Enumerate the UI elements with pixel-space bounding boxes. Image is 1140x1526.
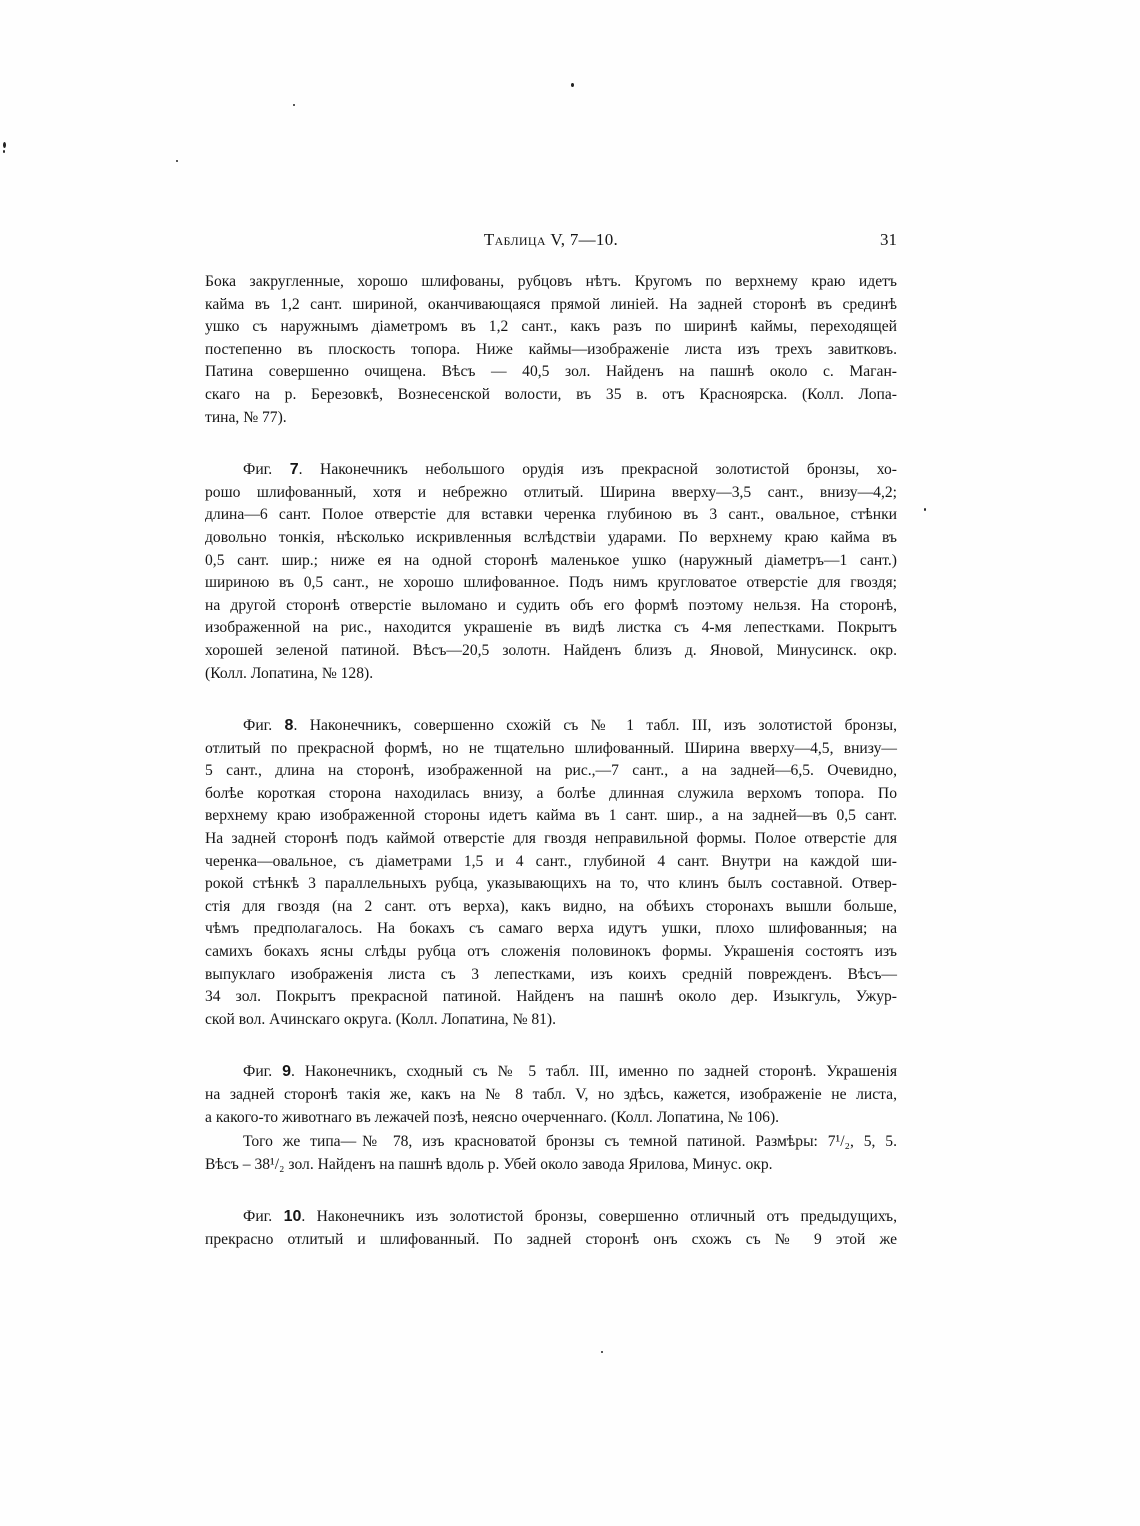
text-line: ушко съ наружнымъ діаметромъ въ 1,2 сант…	[205, 316, 897, 339]
scan-speck	[176, 160, 178, 162]
text-line: отлитый по прекрасной формѣ, но не тщате…	[205, 738, 897, 761]
scan-speck	[3, 150, 5, 153]
scan-speck	[293, 104, 295, 106]
body-text: Бока закругленные, хорошо шлифованы, руб…	[205, 271, 897, 1252]
fig-label: Фиг.	[243, 717, 285, 734]
text-line: длина—6 сант. Полое отверстіе для вставк…	[205, 504, 897, 527]
text-line: 5 сант., длина на сторонѣ, изображенной …	[205, 760, 897, 783]
paragraph-same-type: Того же типа—№ 78, изъ красноватой бронз…	[205, 1131, 897, 1176]
text-line: тина, № 77).	[205, 407, 897, 430]
text-line: на другой сторонѣ отверстіе выломано и с…	[205, 595, 897, 618]
text-line: изображенной на рис., находится украшені…	[205, 617, 897, 640]
text-line: ской вол. Ачинскаго округа. (Колл. Лопат…	[205, 1009, 897, 1032]
text-line: 34 зол. Покрытъ прекрасной патиной. Найд…	[205, 986, 897, 1009]
text-line: На задней сторонѣ подъ каймой отверстіе …	[205, 828, 897, 851]
text-line: Того же типа—№ 78, изъ красноватой бронз…	[205, 1131, 897, 1154]
fig-first-line: . Наконечникъ небольшого орудія изъ прек…	[299, 461, 897, 478]
scanned-page: Таблица V, 7—10. 31 Бока закругленные, х…	[0, 0, 1140, 1526]
text-line: Фиг. 8. Наконечникъ, совершенно схожій с…	[205, 715, 897, 738]
paragraph-fig-9: Фиг. 9. Наконечникъ, сходный съ № 5 табл…	[205, 1061, 897, 1129]
text-line: стія для гвоздя (на 2 сант. отъ верха), …	[205, 896, 897, 919]
paragraph-fig-10: Фиг. 10. Наконечникъ изъ золотистой брон…	[205, 1206, 897, 1251]
text-line: выпуклаго изображенія листа съ 3 лепестк…	[205, 964, 897, 987]
text-line: довольно тонкія, нѣсколько искривленныя …	[205, 527, 897, 550]
fig-number: 7	[290, 461, 299, 478]
text-line: а какого-то животнаго въ лежачей позѣ, н…	[205, 1107, 897, 1130]
text-line: 0,5 сант. шир.; ниже ея на одной сторонѣ…	[205, 550, 897, 573]
fig-label: Фиг.	[243, 1063, 282, 1080]
text-line: Вѣсъ – 38¹/₂ зол. Найденъ на пашнѣ вдоль…	[205, 1154, 897, 1177]
fig-label: Фиг.	[243, 461, 290, 478]
text-line: Фиг. 10. Наконечникъ изъ золотистой брон…	[205, 1206, 897, 1229]
fig-number: 10	[284, 1208, 302, 1225]
text-line: хорошей зеленой патиной. Вѣсъ—20,5 золот…	[205, 640, 897, 663]
text-line: постепенно въ плоскость топора. Ниже кай…	[205, 339, 897, 362]
text-line: Патина совершенно очищена. Вѣсъ — 40,5 з…	[205, 361, 897, 384]
paragraph-fig-7: Фиг. 7. Наконечникъ небольшого орудія из…	[205, 459, 897, 685]
paragraph-fig-8: Фиг. 8. Наконечникъ, совершенно схожій с…	[205, 715, 897, 1031]
fig-label: Фиг.	[243, 1208, 284, 1225]
scan-speck	[601, 1351, 603, 1353]
text-line: чѣмъ предполагалось. На бокахъ съ самаго…	[205, 918, 897, 941]
scan-speck	[924, 508, 926, 511]
text-line: верхнему краю изображенной стороны идетъ…	[205, 805, 897, 828]
text-line: болѣе короткая сторона находилась внизу,…	[205, 783, 897, 806]
scan-speck	[3, 142, 6, 148]
header-title-rest: V, 7—10.	[546, 230, 618, 249]
header-title-prefix: Таблица	[484, 230, 546, 249]
text-line: скаго на р. Березовкѣ, Вознесенской воло…	[205, 384, 897, 407]
fig-first-line: . Наконечникъ изъ золотистой бронзы, сов…	[301, 1208, 897, 1225]
text-line: Фиг. 7. Наконечникъ небольшого орудія из…	[205, 459, 897, 482]
page-number: 31	[880, 230, 897, 250]
text-line: рокой стѣнкѣ 3 параллельныхъ рубца, указ…	[205, 873, 897, 896]
scan-speck	[571, 83, 574, 87]
text-line: рошо шлифованный, хотя и небрежно отлиты…	[205, 482, 897, 505]
text-line: черенка—овальное, съ діаметрами 1,5 и 4 …	[205, 851, 897, 874]
text-line: Фиг. 9. Наконечникъ, сходный съ № 5 табл…	[205, 1061, 897, 1084]
fig-first-line: . Наконечникъ, совершенно схожій съ № 1 …	[293, 717, 897, 734]
text-line: (Колл. Лопатина, № 128).	[205, 663, 897, 686]
text-line: на задней сторонѣ такія же, какъ на № 8 …	[205, 1084, 897, 1107]
running-header: Таблица V, 7—10. 31	[205, 230, 897, 254]
text-line: прекрасно отлитый и шлифованный. По задн…	[205, 1229, 897, 1252]
text-line: Бока закругленные, хорошо шлифованы, руб…	[205, 271, 897, 294]
fig-number: 9	[282, 1063, 291, 1080]
text-line: шириною въ 0,5 сант., не хорошо шлифован…	[205, 572, 897, 595]
text-line: самихъ бокахъ ясны слѣды рубца отъ сложе…	[205, 941, 897, 964]
fig-first-line: . Наконечникъ, сходный съ № 5 табл. III,…	[291, 1063, 897, 1080]
header-title: Таблица V, 7—10.	[205, 230, 897, 250]
paragraph-continuation: Бока закругленные, хорошо шлифованы, руб…	[205, 271, 897, 429]
text-line: кайма въ 1,2 сант. шириной, оканчивающая…	[205, 294, 897, 317]
